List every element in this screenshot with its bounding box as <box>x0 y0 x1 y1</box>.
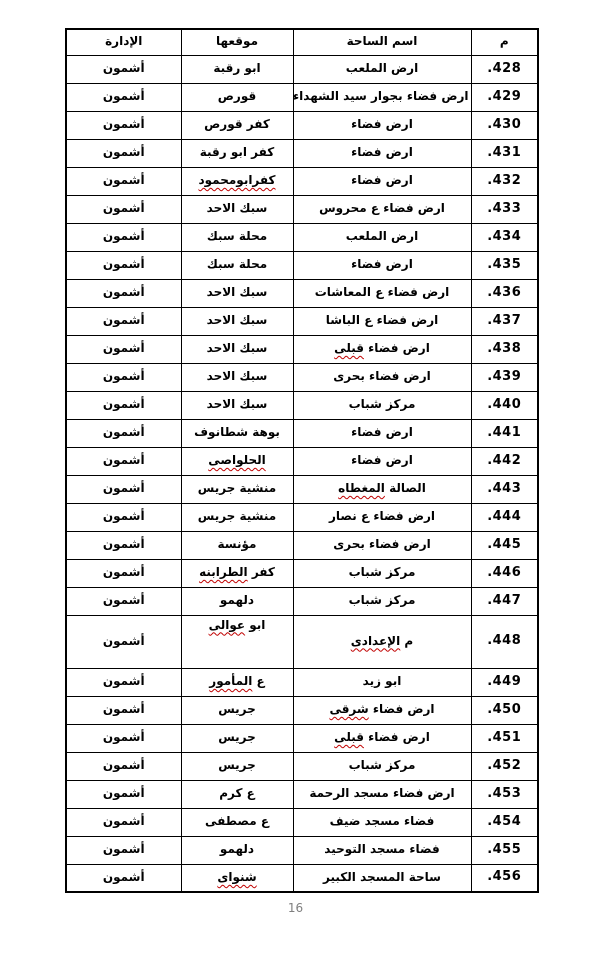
cell-name: مركز شباب <box>293 559 471 587</box>
cell-location: ابو عوالى <box>181 615 293 668</box>
cell-admin: أشمون <box>66 531 181 559</box>
cell-number: .441 <box>471 419 538 447</box>
cell-text: منشية جريس <box>198 509 276 523</box>
cell-number: .434 <box>471 223 538 251</box>
table-row: .455فضاء مسجد التوحيددلهموأشمون <box>66 836 538 864</box>
cell-name: ارض فضاء بحرى <box>293 531 471 559</box>
cell-admin: أشمون <box>66 391 181 419</box>
cell-text: منشية جريس <box>198 481 276 495</box>
cell-text: ارض فضاء <box>351 145 413 159</box>
cell-location: سبك الاحد <box>181 391 293 419</box>
misspelled-text: الحلواصى <box>208 453 266 467</box>
cell-number: .453 <box>471 780 538 808</box>
table-row: .454فضاء مسجد ضيفع مصطفىأشمون <box>66 808 538 836</box>
cell-text: دلهمو <box>220 842 254 856</box>
cell-location: الحلواصى <box>181 447 293 475</box>
misspelled-text: شنواى <box>217 870 256 884</box>
misspelled-text: الطرابنه <box>199 565 248 579</box>
cell-number: .442 <box>471 447 538 475</box>
header-admin: الإدارة <box>66 29 181 55</box>
table-row: .441ارض فضاءبوهة شطانوفأشمون <box>66 419 538 447</box>
table-row: .434ارض الملعبمحلة سبكأشمون <box>66 223 538 251</box>
cell-number: .445 <box>471 531 538 559</box>
cell-text: سبك الاحد <box>207 285 268 299</box>
cell-text: مركز شباب <box>349 565 416 579</box>
squares-table: م اسم الساحة موقعها الإدارة .428ارض المل… <box>65 28 539 893</box>
table-row: .435ارض فضاءمحلة سبكأشمون <box>66 251 538 279</box>
cell-location: دلهمو <box>181 836 293 864</box>
cell-number: .438 <box>471 335 538 363</box>
cell-text: ارض فضاء <box>351 117 413 131</box>
cell-number: .451 <box>471 724 538 752</box>
table-row: .443الصالة المغطاهمنشية جريسأشمون <box>66 475 538 503</box>
cell-admin: أشمون <box>66 836 181 864</box>
cell-text: ارض فضاء مسجد الرحمة <box>309 786 454 800</box>
cell-name: ابو زيد <box>293 668 471 696</box>
cell-text: جريس <box>218 702 256 716</box>
cell-location: دلهمو <box>181 587 293 615</box>
cell-text: ارض فضاء <box>351 173 413 187</box>
cell-admin: أشمون <box>66 363 181 391</box>
cell-text: ارض فضاء بحرى <box>333 537 430 551</box>
cell-name: م الإعدادى <box>293 615 471 668</box>
cell-location: بوهة شطانوف <box>181 419 293 447</box>
cell-admin: أشمون <box>66 83 181 111</box>
cell-location: كفر قورص <box>181 111 293 139</box>
cell-admin: أشمون <box>66 780 181 808</box>
cell-admin: أشمون <box>66 111 181 139</box>
cell-name: ارض فضاء <box>293 419 471 447</box>
cell-text: محلة سبك <box>207 229 267 243</box>
cell-name: ارض فضاء <box>293 111 471 139</box>
cell-location: ع المأمور <box>181 668 293 696</box>
cell-admin: أشمون <box>66 752 181 780</box>
cell-admin: أشمون <box>66 724 181 752</box>
cell-admin: أشمون <box>66 167 181 195</box>
cell-location: كفر الطرابنه <box>181 559 293 587</box>
cell-text: سبك الاحد <box>207 341 268 355</box>
cell-text: ابو رقبة <box>213 61 260 75</box>
cell-text: الصالة <box>385 481 426 495</box>
misspelled-text: كفرابومحمود <box>198 173 275 187</box>
table-row: .447مركز شبابدلهموأشمون <box>66 587 538 615</box>
cell-number: .450 <box>471 696 538 724</box>
cell-number: .449 <box>471 668 538 696</box>
cell-number: .428 <box>471 55 538 83</box>
cell-text: مركز شباب <box>349 758 416 772</box>
cell-text: سبك الاحد <box>207 201 268 215</box>
cell-admin: أشمون <box>66 696 181 724</box>
cell-name: الصالة المغطاه <box>293 475 471 503</box>
misspelled-text: الإعدادى <box>351 634 400 648</box>
cell-number: .439 <box>471 363 538 391</box>
cell-admin: أشمون <box>66 475 181 503</box>
cell-text: ع كرم <box>219 786 255 800</box>
cell-text: ارض فضاء ع الباشا <box>326 313 439 327</box>
cell-text: ارض فضاء <box>369 702 435 716</box>
table-row: .431ارض فضاءكفر ابو رقبةأشمون <box>66 139 538 167</box>
cell-text: جريس <box>218 730 256 744</box>
cell-name: ارض فضاء <box>293 167 471 195</box>
cell-number: .435 <box>471 251 538 279</box>
cell-number: .436 <box>471 279 538 307</box>
cell-text: فضاء مسجد التوحيد <box>324 842 439 856</box>
cell-text: ساحة المسجد الكبير <box>323 870 441 884</box>
table-row: .456ساحة المسجد الكبيرشنواىأشمون <box>66 864 538 892</box>
cell-number: .440 <box>471 391 538 419</box>
cell-name: مركز شباب <box>293 391 471 419</box>
cell-location: ع مصطفى <box>181 808 293 836</box>
cell-number: .448 <box>471 615 538 668</box>
cell-admin: أشمون <box>66 419 181 447</box>
cell-location: سبك الاحد <box>181 195 293 223</box>
cell-location: مؤنسة <box>181 531 293 559</box>
cell-name: ارض فضاء شرقى <box>293 696 471 724</box>
cell-admin: أشمون <box>66 307 181 335</box>
cell-name: ارض فضاء <box>293 139 471 167</box>
document-page: م اسم الساحة موقعها الإدارة .428ارض المل… <box>0 0 591 970</box>
table-row: .439ارض فضاء بحرىسبك الاحدأشمون <box>66 363 538 391</box>
cell-text: ارض فضاء بحرى <box>333 369 430 383</box>
cell-admin: أشمون <box>66 279 181 307</box>
table-row: .440مركز شبابسبك الاحدأشمون <box>66 391 538 419</box>
table-row: .449ابو زيدع المأمورأشمون <box>66 668 538 696</box>
cell-name: ارض فضاء بحرى <box>293 363 471 391</box>
cell-number: .446 <box>471 559 538 587</box>
cell-admin: أشمون <box>66 55 181 83</box>
header-name: اسم الساحة <box>293 29 471 55</box>
cell-text: ارض الملعب <box>346 229 418 243</box>
table-row: .452مركز شبابجريسأشمون <box>66 752 538 780</box>
cell-number: .454 <box>471 808 538 836</box>
table-row: .453ارض فضاء مسجد الرحمةع كرمأشمون <box>66 780 538 808</box>
cell-location: ابو رقبة <box>181 55 293 83</box>
cell-admin: أشمون <box>66 808 181 836</box>
cell-number: .429 <box>471 83 538 111</box>
cell-text: ع مصطفى <box>205 814 269 828</box>
cell-location: كفر ابو رقبة <box>181 139 293 167</box>
table-header-row: م اسم الساحة موقعها الإدارة <box>66 29 538 55</box>
cell-text: ارض فضاء <box>364 730 430 744</box>
cell-admin: أشمون <box>66 447 181 475</box>
cell-text: ع <box>252 674 264 688</box>
cell-number: .432 <box>471 167 538 195</box>
cell-admin: أشمون <box>66 223 181 251</box>
table-row: .446مركز شبابكفر الطرابنهأشمون <box>66 559 538 587</box>
cell-name: ارض فضاء <box>293 251 471 279</box>
cell-location: محلة سبك <box>181 223 293 251</box>
cell-text: كفر ابو رقبة <box>200 145 275 159</box>
cell-name: ارض فضاء ع الباشا <box>293 307 471 335</box>
cell-text: جريس <box>218 758 256 772</box>
cell-location: قورص <box>181 83 293 111</box>
cell-name: ارض فضاء ع نصار <box>293 503 471 531</box>
cell-number: .447 <box>471 587 538 615</box>
cell-text: ارض فضاء <box>351 425 413 439</box>
cell-name: فضاء مسجد ضيف <box>293 808 471 836</box>
cell-number: .455 <box>471 836 538 864</box>
cell-text: سبك الاحد <box>207 397 268 411</box>
cell-name: ارض فضاء مسجد الرحمة <box>293 780 471 808</box>
cell-name: ارض فضاء ع محروس <box>293 195 471 223</box>
cell-name: مركز شباب <box>293 752 471 780</box>
table-row: .437ارض فضاء ع الباشاسبك الاحدأشمون <box>66 307 538 335</box>
cell-text: سبك الاحد <box>207 313 268 327</box>
cell-number: .437 <box>471 307 538 335</box>
cell-admin: أشمون <box>66 559 181 587</box>
table-row: .450ارض فضاء شرقىجريسأشمون <box>66 696 538 724</box>
cell-name: مركز شباب <box>293 587 471 615</box>
cell-text: ارض فضاء <box>351 257 413 271</box>
misspelled-text: المغطاه <box>338 481 385 495</box>
cell-text: ابو زيد <box>363 674 402 688</box>
cell-text: كفر <box>248 565 275 579</box>
cell-text: م <box>400 634 413 648</box>
cell-text: ارض الملعب <box>346 61 418 75</box>
table-row: .430ارض فضاءكفر قورصأشمون <box>66 111 538 139</box>
page-number: 16 <box>0 901 591 915</box>
cell-admin: أشمون <box>66 503 181 531</box>
cell-text: ارض فضاء <box>351 453 413 467</box>
cell-name: فضاء مسجد التوحيد <box>293 836 471 864</box>
cell-text: بوهة شطانوف <box>194 425 280 439</box>
cell-location: منشية جريس <box>181 475 293 503</box>
cell-text: محلة سبك <box>207 257 267 271</box>
cell-text: قورص <box>218 89 256 103</box>
cell-location: ع كرم <box>181 780 293 808</box>
table-row: .436ارض فضاء ع المعاشاتسبك الاحدأشمون <box>66 279 538 307</box>
table-row: .438ارض فضاء قبلىسبك الاحدأشمون <box>66 335 538 363</box>
cell-location: سبك الاحد <box>181 279 293 307</box>
misspelled-text: قبلى <box>334 341 364 355</box>
misspelled-text: المأمور <box>209 674 252 688</box>
cell-location: منشية جريس <box>181 503 293 531</box>
cell-location: سبك الاحد <box>181 335 293 363</box>
cell-admin: أشمون <box>66 195 181 223</box>
cell-name: ارض فضاء قبلى <box>293 724 471 752</box>
cell-location: سبك الاحد <box>181 363 293 391</box>
cell-text: مؤنسة <box>218 537 257 551</box>
cell-text: ارض فضاء ع نصار <box>329 509 435 523</box>
cell-number: .452 <box>471 752 538 780</box>
cell-text: دلهمو <box>220 593 254 607</box>
cell-admin: أشمون <box>66 139 181 167</box>
header-number: م <box>471 29 538 55</box>
cell-number: .431 <box>471 139 538 167</box>
cell-number: .444 <box>471 503 538 531</box>
cell-text: ارض فضاء بجوار سيد الشهداء <box>293 89 468 103</box>
cell-name: ساحة المسجد الكبير <box>293 864 471 892</box>
cell-name: ارض فضاء ع المعاشات <box>293 279 471 307</box>
table-row: .433ارض فضاء ع محروسسبك الاحدأشمون <box>66 195 538 223</box>
table-row: .428ارض الملعبابو رقبةأشمون <box>66 55 538 83</box>
cell-text: ارض فضاء <box>364 341 430 355</box>
cell-text: مركز شباب <box>349 593 416 607</box>
header-location: موقعها <box>181 29 293 55</box>
cell-location: جريس <box>181 724 293 752</box>
cell-text: سبك الاحد <box>207 369 268 383</box>
cell-text: ارض فضاء ع محروس <box>319 201 445 215</box>
misspelled-text: شرقى <box>329 702 368 716</box>
cell-admin: أشمون <box>66 335 181 363</box>
cell-name: ارض الملعب <box>293 223 471 251</box>
cell-text: مركز شباب <box>349 397 416 411</box>
table-row: .444ارض فضاء ع نصارمنشية جريسأشمون <box>66 503 538 531</box>
cell-number: .430 <box>471 111 538 139</box>
misspelled-text: عوالى <box>209 618 245 632</box>
cell-location: محلة سبك <box>181 251 293 279</box>
cell-text: فضاء مسجد ضيف <box>330 814 435 828</box>
cell-admin: أشمون <box>66 668 181 696</box>
cell-location: جريس <box>181 752 293 780</box>
table-row: .451ارض فضاء قبلىجريسأشمون <box>66 724 538 752</box>
cell-name: ارض فضاء <box>293 447 471 475</box>
table-row: .448م الإعدادىابو عوالىأشمون <box>66 615 538 668</box>
table-row: .442ارض فضاءالحلواصىأشمون <box>66 447 538 475</box>
cell-number: .456 <box>471 864 538 892</box>
cell-admin: أشمون <box>66 251 181 279</box>
cell-admin: أشمون <box>66 864 181 892</box>
cell-text: كفر قورص <box>204 117 270 131</box>
cell-location: جريس <box>181 696 293 724</box>
cell-admin: أشمون <box>66 615 181 668</box>
cell-location: شنواى <box>181 864 293 892</box>
cell-name: ارض فضاء بجوار سيد الشهداء <box>293 83 471 111</box>
table-row: .432ارض فضاءكفرابومحمودأشمون <box>66 167 538 195</box>
cell-text: ارض فضاء ع المعاشات <box>315 285 450 299</box>
table-row: .445ارض فضاء بحرىمؤنسةأشمون <box>66 531 538 559</box>
misspelled-text: قبلى <box>334 730 364 744</box>
cell-name: ارض الملعب <box>293 55 471 83</box>
cell-location: كفرابومحمود <box>181 167 293 195</box>
cell-text: ابو <box>245 618 265 632</box>
cell-location: سبك الاحد <box>181 307 293 335</box>
table-row: .429ارض فضاء بجوار سيد الشهداءقورصأشمون <box>66 83 538 111</box>
cell-admin: أشمون <box>66 587 181 615</box>
cell-number: .433 <box>471 195 538 223</box>
cell-name: ارض فضاء قبلى <box>293 335 471 363</box>
cell-number: .443 <box>471 475 538 503</box>
